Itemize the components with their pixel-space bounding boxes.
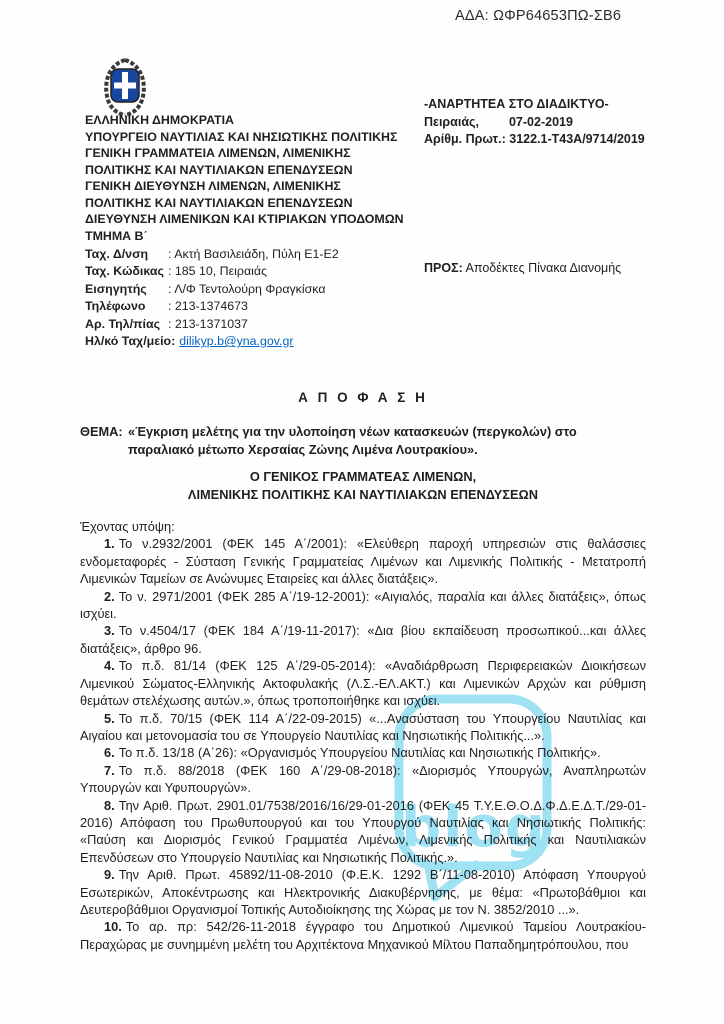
consideration-item: 2.Το ν. 2971/2001 (ΦΕΚ 285 Α΄/19-12-2001… bbox=[80, 588, 646, 623]
agency-line: ΕΛΛΗΝΙΚΗ ΔΗΜΟΚΡΑΤΙΑ bbox=[85, 112, 404, 129]
contact-row: Ταχ. Κώδικας : 185 10, Πειραιάς bbox=[85, 263, 339, 280]
greek-national-emblem-icon bbox=[96, 57, 154, 117]
agency-line: ΓΕΝΙΚΗ ΔΙΕΥΘΥΝΣΗ ΛΙΜΕΝΩΝ, ΛΙΜΕΝΙΚΗΣ bbox=[85, 178, 404, 195]
contact-row: Αρ. Τηλ/πίας : 213-1371037 bbox=[85, 316, 339, 333]
recipient-line: ΠΡΟΣ: Αποδέκτες Πίνακα Διανομής bbox=[424, 261, 621, 275]
contact-row: Τηλέφωνο : 213-1374673 bbox=[85, 298, 339, 315]
subject-text: «Έγκριση μελέτης για την υλοποίηση νέων … bbox=[128, 423, 646, 458]
contact-row: Ταχ. Δ/νση : Ακτή Βασιλειάδη, Πύλη Ε1-Ε2 bbox=[85, 246, 339, 263]
email-link[interactable]: dilikyp.b@yna.gov.gr bbox=[179, 333, 293, 350]
consideration-item: 9.Την Αριθ. Πρωτ. 45892/11-08-2010 (Φ.Ε.… bbox=[80, 866, 646, 918]
item-number: 5. bbox=[104, 711, 115, 726]
publish-note: -ΑΝΑΡΤΗΤΕΑ ΣΤΟ ΔΙΑΔΙΚΤΥΟ- bbox=[424, 96, 645, 114]
contact-value: : 185 10, Πειραιάς bbox=[168, 263, 267, 280]
item-text: Το π.δ. 70/15 (ΦΕΚ 114 Α΄/22-09-2015) «.… bbox=[80, 711, 646, 743]
contact-block: Ταχ. Δ/νση : Ακτή Βασιλειάδη, Πύλη Ε1-Ε2… bbox=[85, 246, 339, 350]
contact-rows: Ταχ. Δ/νση : Ακτή Βασιλειάδη, Πύλη Ε1-Ε2… bbox=[85, 246, 339, 333]
item-text: Την Αριθ. Πρωτ. 2901.01/7538/2016/16/29-… bbox=[80, 798, 646, 865]
authority-line: Ο ΓΕΝΙΚΟΣ ΓΡΑΜΜΑΤΕΑΣ ΛΙΜΕΝΩΝ, bbox=[80, 468, 646, 485]
place-date-line: Πειραιάς, 07-02-2019 bbox=[424, 114, 645, 132]
consideration-item: 8.Την Αριθ. Πρωτ. 2901.01/7538/2016/16/2… bbox=[80, 797, 646, 867]
date: 07-02-2019 bbox=[509, 114, 573, 132]
authority-line: ΛΙΜΕΝΙΚΗΣ ΠΟΛΙΤΙΚΗΣ ΚΑΙ ΝΑΥΤΙΛΙΑΚΩΝ ΕΠΕΝ… bbox=[80, 486, 646, 503]
decision-title: Α Π Ο Φ Α Σ Η bbox=[80, 389, 646, 406]
decision-body: Α Π Ο Φ Α Σ Η ΘΕΜΑ: «Έγκριση μελέτης για… bbox=[80, 389, 646, 953]
document-page: blog ΑΔΑ: ΩΦΡ64653ΠΩ-ΣΒ6 ΕΛΛΗΝΙΚΗ ΔΗΜΟΚΡ… bbox=[0, 0, 724, 1024]
agency-line: ΠΟΛΙΤΙΚΗΣ ΚΑΙ ΝΑΥΤΙΛΙΑΚΩΝ ΕΠΕΝΔΥΣΕΩΝ bbox=[85, 195, 404, 212]
item-text: Την Αριθ. Πρωτ. 45892/11-08-2010 (Φ.Ε.Κ.… bbox=[80, 867, 646, 917]
considerations-list: 1.Το ν.2932/2001 (ΦΕΚ 145 Α΄/2001): «Ελε… bbox=[80, 535, 646, 953]
item-number: 4. bbox=[104, 658, 115, 673]
item-number: 1. bbox=[104, 536, 115, 551]
protocol-number: Αρίθμ. Πρωτ.: 3122.1-Τ43Α/9714/2019 bbox=[424, 131, 645, 149]
recipient-label: ΠΡΟΣ: bbox=[424, 261, 463, 275]
consideration-item: 5.Το π.δ. 70/15 (ΦΕΚ 114 Α΄/22-09-2015) … bbox=[80, 710, 646, 745]
item-text: Το π.δ. 88/2018 (ΦΕΚ 160 Α΄/29-08-2018):… bbox=[80, 763, 646, 795]
contact-label: Ταχ. Κώδικας bbox=[85, 263, 168, 280]
consideration-item: 4.Το π.δ. 81/14 (ΦΕΚ 125 Α΄/29-05-2014):… bbox=[80, 657, 646, 709]
agency-line: ΓΕΝΙΚΗ ΓΡΑΜΜΑΤΕΙΑ ΛΙΜΕΝΩΝ, ΛΙΜΕΝΙΚΗΣ bbox=[85, 145, 404, 162]
item-text: Το αρ. πρ: 542/26-11-2018 έγγραφο του Δη… bbox=[80, 919, 646, 951]
contact-row-email: Ηλ/κό Ταχ/μείο: dilikyp.b@yna.gov.gr bbox=[85, 333, 339, 350]
place: Πειραιάς, bbox=[424, 114, 479, 132]
item-text: Το π.δ. 81/14 (ΦΕΚ 125 Α΄/29-05-2014): «… bbox=[80, 658, 646, 708]
contact-label: Εισηγητής bbox=[85, 281, 168, 298]
contact-value: : Ακτή Βασιλειάδη, Πύλη Ε1-Ε2 bbox=[168, 246, 339, 263]
recipient-value: Αποδέκτες Πίνακα Διανομής bbox=[463, 261, 621, 275]
subject-label: ΘΕΜΑ: bbox=[80, 423, 128, 458]
email-label: Ηλ/κό Ταχ/μείο: bbox=[85, 333, 175, 350]
item-number: 9. bbox=[104, 867, 115, 882]
item-text: Το ν. 2971/2001 (ΦΕΚ 285 Α΄/19-12-2001):… bbox=[80, 589, 646, 621]
item-number: 6. bbox=[104, 745, 115, 760]
item-text: Το ν.4504/17 (ΦΕΚ 184 Α΄/19-11-2017): «Δ… bbox=[80, 623, 646, 655]
contact-row: Εισηγητής : Λ/Φ Τεντολούρη Φραγκίσκα bbox=[85, 281, 339, 298]
contact-value: : 213-1371037 bbox=[168, 316, 248, 333]
item-number: 10. bbox=[104, 919, 122, 934]
consideration-item: 1.Το ν.2932/2001 (ΦΕΚ 145 Α΄/2001): «Ελε… bbox=[80, 535, 646, 587]
contact-value: : Λ/Φ Τεντολούρη Φραγκίσκα bbox=[168, 281, 325, 298]
consideration-item: 6.Το π.δ. 13/18 (Α΄26): «Οργανισμός Υπου… bbox=[80, 744, 646, 761]
consideration-item: 7.Το π.δ. 88/2018 (ΦΕΚ 160 Α΄/29-08-2018… bbox=[80, 762, 646, 797]
item-number: 8. bbox=[104, 798, 115, 813]
consideration-item: 3.Το ν.4504/17 (ΦΕΚ 184 Α΄/19-11-2017): … bbox=[80, 622, 646, 657]
item-number: 7. bbox=[104, 763, 115, 778]
agency-line: ΥΠΟΥΡΓΕΙΟ ΝΑΥΤΙΛΙΑΣ ΚΑΙ ΝΗΣΙΩΤΙΚΗΣ ΠΟΛΙΤ… bbox=[85, 129, 404, 146]
ada-code: ΑΔΑ: ΩΦΡ64653ΠΩ-ΣΒ6 bbox=[455, 8, 621, 24]
preamble: Έχοντας υπόψη: bbox=[80, 518, 646, 535]
agency-line: ΤΜΗΜΑ Β΄ bbox=[85, 228, 404, 245]
consideration-item: 10.Το αρ. πρ: 542/26-11-2018 έγγραφο του… bbox=[80, 918, 646, 953]
agency-block: ΕΛΛΗΝΙΚΗ ΔΗΜΟΚΡΑΤΙΑ ΥΠΟΥΡΓΕΙΟ ΝΑΥΤΙΛΙΑΣ … bbox=[85, 112, 404, 244]
contact-label: Ταχ. Δ/νση bbox=[85, 246, 168, 263]
agency-line: ΔΙΕΥΘΥΝΣΗ ΛΙΜΕΝΙΚΩΝ ΚΑΙ ΚΤΙΡΙΑΚΩΝ ΥΠΟΔΟΜ… bbox=[85, 211, 404, 228]
subject-line: ΘΕΜΑ: «Έγκριση μελέτης για την υλοποίηση… bbox=[80, 423, 646, 458]
agency-line: ΠΟΛΙΤΙΚΗΣ ΚΑΙ ΝΑΥΤΙΛΙΑΚΩΝ ΕΠΕΝΔΥΣΕΩΝ bbox=[85, 162, 404, 179]
item-text: Το π.δ. 13/18 (Α΄26): «Οργανισμός Υπουργ… bbox=[119, 745, 601, 760]
authority-block: Ο ΓΕΝΙΚΟΣ ΓΡΑΜΜΑΤΕΑΣ ΛΙΜΕΝΩΝ, ΛΙΜΕΝΙΚΗΣ … bbox=[80, 468, 646, 503]
item-number: 2. bbox=[104, 589, 115, 604]
item-text: Το ν.2932/2001 (ΦΕΚ 145 Α΄/2001): «Ελεύθ… bbox=[80, 536, 646, 586]
contact-label: Αρ. Τηλ/πίας bbox=[85, 316, 168, 333]
item-number: 3. bbox=[104, 623, 115, 638]
contact-label: Τηλέφωνο bbox=[85, 298, 168, 315]
header-right-block: -ΑΝΑΡΤΗΤΕΑ ΣΤΟ ΔΙΑΔΙΚΤΥΟ- Πειραιάς, 07-0… bbox=[424, 96, 645, 149]
contact-value: : 213-1374673 bbox=[168, 298, 248, 315]
